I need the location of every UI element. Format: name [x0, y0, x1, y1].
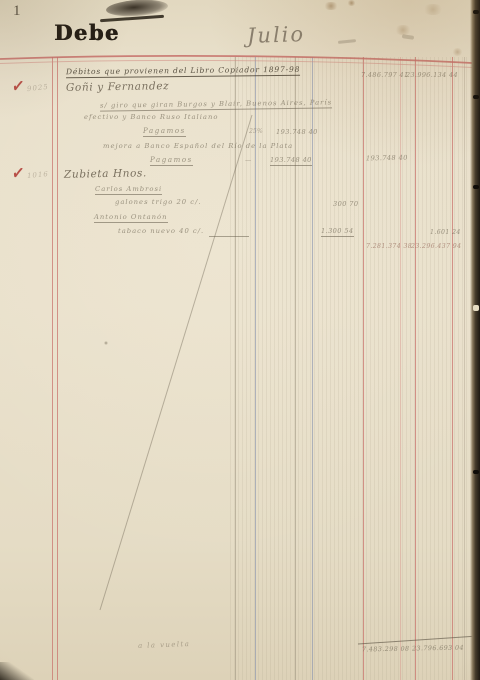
entry-line-amount: 193.748 40 — [276, 128, 318, 136]
stitch-mark — [473, 10, 479, 14]
opening-amount-col2: 23.996.134 44 — [406, 71, 458, 79]
entry-line-note: 25% — [249, 128, 263, 135]
entry-line-label: Pagamos — [150, 156, 193, 166]
entry-subaccount: Carlos Ambrosi — [95, 185, 162, 195]
ruled-lines-overlay — [0, 0, 480, 680]
foxing-spot — [422, 4, 444, 15]
foxing-spot — [323, 2, 339, 10]
carry-total-col2: 23.796.693 04 — [412, 644, 464, 653]
pencil-mark-2 — [402, 34, 414, 40]
paper-sheet: 1 Debe Julio Dé — [0, 0, 480, 680]
stitch-mark — [473, 185, 479, 189]
entry-line: tabaco nuevo 40 c/. — [118, 227, 204, 235]
entry-line-amount: 1.300 54 — [321, 227, 354, 237]
margin-rule-red-2 — [57, 57, 58, 680]
column-rule-gray-2 — [295, 57, 296, 680]
pencil-mark-1 — [338, 39, 356, 44]
entry-line-note: — — [245, 157, 251, 164]
entry-line-label: Pagamos — [143, 127, 186, 137]
entry-line: mejora a Banco Español del Río de la Pla… — [103, 142, 293, 150]
ink-smudge — [106, 0, 169, 18]
entry-account-name: Zubieta Hnos. — [64, 167, 147, 180]
entry-total-col2: 1.601 24 — [430, 229, 461, 236]
page-corner-shadow — [0, 662, 34, 680]
opening-amount-col1: 7.486.797 41 — [361, 71, 409, 79]
entry-line: efectivo y Banco Ruso Italiano — [84, 113, 218, 121]
column-rule-blue-1 — [255, 57, 256, 680]
column-rule-red-6 — [452, 57, 453, 680]
entry-folio: 9025 — [27, 83, 50, 93]
ledger-page-scan: 1 Debe Julio Dé — [0, 0, 480, 680]
entry-line: galones trigo 20 c/. — [115, 198, 202, 206]
audit-check-mark: ✓ — [11, 76, 26, 99]
pencil-connector-line — [209, 236, 249, 237]
running-total-col1: 7.281.374 38 — [366, 243, 412, 250]
column-rule-red-5 — [415, 57, 416, 680]
opening-description: Débitos que provienen del Libro Copiador… — [66, 65, 300, 78]
entry-total-col1: 193.748 40 — [366, 154, 408, 163]
entry-line: s/ giro que giran Burgos y Blair, Buenos… — [100, 98, 332, 111]
stitch-mark — [473, 95, 479, 99]
audit-check-mark: ✓ — [11, 163, 26, 186]
debit-heading: Debe — [54, 20, 120, 45]
stitch-mark — [473, 305, 479, 311]
month-heading: Julio — [247, 22, 306, 48]
page-edge-binding — [470, 0, 480, 680]
column-rule-gray-1 — [235, 57, 236, 680]
margin-rule-red-1 — [52, 57, 53, 680]
running-total-col2: 23.296.437 94 — [411, 243, 461, 250]
entry-line-amount: 300 70 — [333, 200, 358, 208]
column-rule-red-4 — [400, 57, 401, 680]
foxing-spot — [394, 25, 412, 35]
stitch-mark — [473, 470, 479, 474]
entry-subaccount: Antonio Ontanón — [94, 213, 168, 223]
carry-total-col1: 7.483.298 08 — [362, 645, 410, 654]
entry-folio: 1016 — [27, 170, 49, 180]
carry-over-note: a la vuelta — [138, 640, 191, 650]
column-rule-blue-2 — [312, 57, 313, 680]
page-number: 1 — [13, 3, 21, 20]
entry-line-amount: 193.748 40 — [270, 156, 312, 166]
paper-speck — [104, 341, 108, 345]
column-rule-red-3 — [363, 57, 364, 680]
entry-account-name: Goñi y Fernandez — [66, 80, 169, 94]
column-rule-gray-3 — [464, 57, 465, 680]
foxing-spot — [452, 48, 463, 56]
foxing-spot — [347, 0, 356, 6]
